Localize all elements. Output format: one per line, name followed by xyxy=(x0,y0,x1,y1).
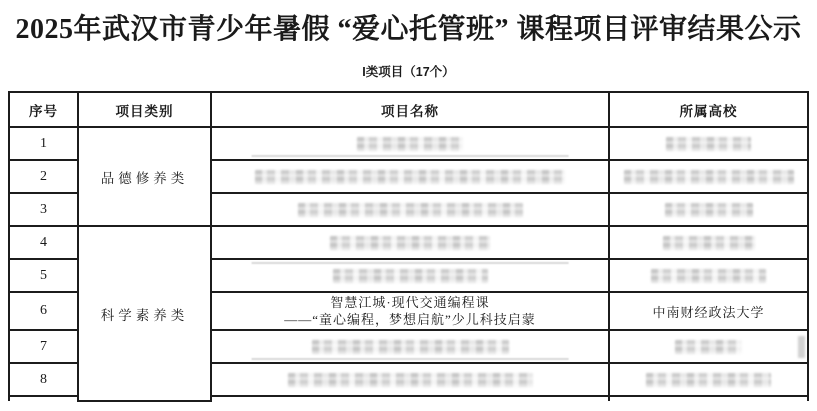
category-cell: 科学素养类 xyxy=(78,226,211,401)
university-cell xyxy=(609,330,808,363)
col-header-project-name: 项目名称 xyxy=(211,92,609,127)
redacted-project-name xyxy=(330,236,490,250)
blur-artifact-blob xyxy=(798,336,805,358)
university-cell xyxy=(609,363,808,396)
cutoff-cell xyxy=(609,396,808,401)
university-cell xyxy=(609,193,808,226)
project-name-cell xyxy=(211,193,609,226)
category-cell: 品德修养类 xyxy=(78,127,211,226)
project-name-cell: 智慧江城·现代交通编程课——“童心编程，梦想启航”少儿科技启蒙 xyxy=(211,292,609,330)
header-row: 序号 项目类别 项目名称 所属高校 xyxy=(9,92,808,127)
table-row: 4科学素养类 xyxy=(9,226,808,259)
project-name-cell xyxy=(211,226,609,259)
project-name-line: ——“童心编程，梦想启航”少儿科技启蒙 xyxy=(212,311,608,328)
university-cell xyxy=(609,259,808,292)
blur-artifact-line xyxy=(252,155,569,157)
redacted-project-name xyxy=(357,137,463,151)
project-name-cell xyxy=(211,160,609,193)
redacted-university-name xyxy=(663,236,755,250)
row-index-cell: 5 xyxy=(9,259,78,292)
project-name-cell xyxy=(211,363,609,396)
redacted-university-name xyxy=(675,340,742,354)
announcement-page: 2025年武汉市青少年暑假 “爱心托管班” 课程项目评审结果公示 I类项目（17… xyxy=(0,7,817,411)
blur-artifact-line xyxy=(252,262,569,264)
redacted-project-name xyxy=(312,340,509,354)
redacted-university-name xyxy=(665,203,753,217)
university-cell xyxy=(609,127,808,160)
row-index-cell: 4 xyxy=(9,226,78,259)
cutoff-cell xyxy=(9,396,78,401)
col-header-university: 所属高校 xyxy=(609,92,808,127)
project-name-cell xyxy=(211,330,609,363)
redacted-project-name xyxy=(255,170,565,184)
page-title: 2025年武汉市青少年暑假 “爱心托管班” 课程项目评审结果公示 xyxy=(6,7,811,47)
redacted-project-name xyxy=(288,373,533,387)
redacted-university-name xyxy=(624,170,794,184)
section-subtitle: I类项目（17个） xyxy=(0,62,817,80)
redacted-project-name xyxy=(333,269,488,283)
results-table: 序号 项目类别 项目名称 所属高校 1品德修养类234科学素养类56智慧江城·现… xyxy=(8,91,809,402)
redacted-project-name xyxy=(298,203,523,217)
table-body: 1品德修养类234科学素养类56智慧江城·现代交通编程课——“童心编程，梦想启航… xyxy=(9,127,808,401)
university-name: 中南财经政法大学 xyxy=(610,302,807,321)
row-index-cell: 3 xyxy=(9,193,78,226)
redacted-university-name xyxy=(651,269,766,283)
university-cell xyxy=(609,226,808,259)
university-cell: 中南财经政法大学 xyxy=(609,292,808,330)
row-index-cell: 6 xyxy=(9,292,78,330)
redacted-university-name xyxy=(666,137,751,151)
row-index-cell: 1 xyxy=(9,127,78,160)
row-index-cell: 7 xyxy=(9,330,78,363)
col-header-category: 项目类别 xyxy=(78,92,211,127)
table-header: 序号 项目类别 项目名称 所属高校 xyxy=(9,92,808,127)
col-header-index: 序号 xyxy=(9,92,78,127)
row-index-cell: 8 xyxy=(9,363,78,396)
row-index-cell: 2 xyxy=(9,160,78,193)
project-name-cell xyxy=(211,259,609,292)
cutoff-cell xyxy=(211,396,609,401)
project-name-cell xyxy=(211,127,609,160)
redacted-university-name xyxy=(646,373,771,387)
project-name-line: 智慧江城·现代交通编程课 xyxy=(212,294,608,311)
table-row: 1品德修养类 xyxy=(9,127,808,160)
blur-artifact-line xyxy=(252,358,569,360)
university-cell xyxy=(609,160,808,193)
